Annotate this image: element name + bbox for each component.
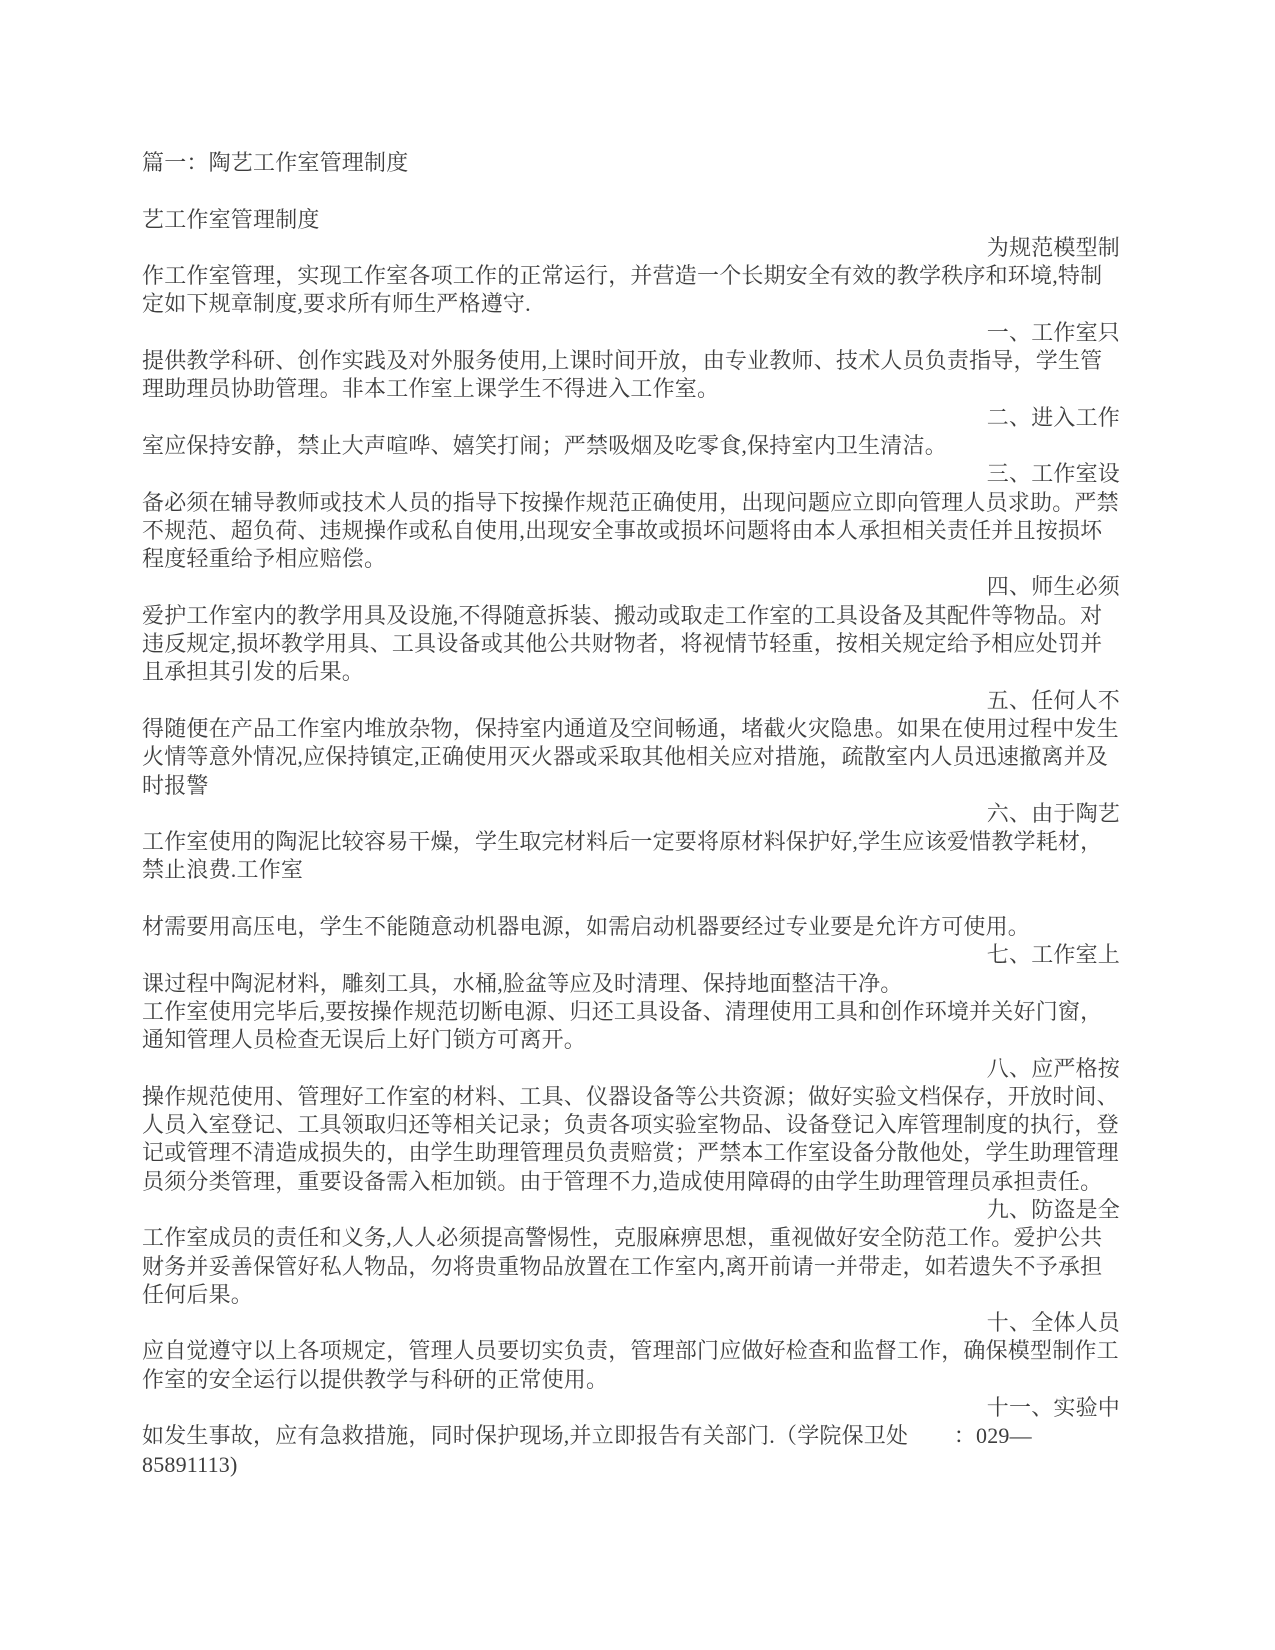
blank-line [142, 177, 1120, 205]
text-line: 85891113) [142, 1451, 1120, 1479]
text-line: 火情等意外情况,应保持镇定,正确使用灭火器或采取其他相关应对措施，疏散室内人员迅… [142, 743, 1120, 771]
text-line: 程度轻重给予相应赔偿。 [142, 545, 1120, 573]
text-line: 十一、实验中 [142, 1394, 1120, 1422]
text-line: 九、防盗是全 [142, 1196, 1120, 1224]
text-line: 五、任何人不 [142, 687, 1120, 715]
text-line: 工作室使用完毕后,要按操作规范切断电源、归还工具设备、清理使用工具和创作环境并关… [142, 998, 1120, 1026]
text-line: 禁止浪费.工作室 [142, 856, 1120, 884]
text-line: 操作规范使用、管理好工作室的材料、工具、仪器设备等公共资源；做好实验文档保存，开… [142, 1083, 1120, 1111]
text-line: 一、工作室只 [142, 319, 1120, 347]
text-line: 室应保持安静，禁止大声喧哗、嬉笑打闹；严禁吸烟及吃零食,保持室内卫生清洁。 [142, 432, 1120, 460]
text-line: 工作室使用的陶泥比较容易干燥，学生取完材料后一定要将原材料保护好,学生应该爱惜教… [142, 828, 1120, 856]
text-line: 工作室成员的责任和义务,人人必须提高警惕性，克服麻痹思想，重视做好安全防范工作。… [142, 1224, 1120, 1252]
text-line: 人员入室登记、工具领取归还等相关记录；负责各项实验室物品、设备登记入库管理制度的… [142, 1111, 1120, 1139]
text-line: 作工作室管理，实现工作室各项工作的正常运行，并营造一个长期安全有效的教学秩序和环… [142, 262, 1120, 290]
text-line: 四、师生必须 [142, 573, 1120, 601]
text-line: 材需要用高压电，学生不能随意动机器电源，如需启动机器要经过专业要是允许方可使用。 [142, 913, 1120, 941]
text-line: 应自觉遵守以上各项规定，管理人员要切实负责，管理部门应做好检查和监督工作，确保模… [142, 1337, 1120, 1365]
text-line: 通知管理人员检查无误后上好门锁方可离开。 [142, 1026, 1120, 1054]
text-line: 违反规定,损坏教学用具、工具设备或其他公共财物者，将视情节轻重，按相关规定给予相… [142, 630, 1120, 658]
text-line: 记或管理不清造成损失的，由学生助理管理员负责赔赏；严禁本工作室设备分散他处，学生… [142, 1139, 1120, 1167]
text-line: 得随便在产品工作室内堆放杂物，保持室内通道及空间畅通，堵截火灾隐患。如果在使用过… [142, 715, 1120, 743]
document-text-column: 篇一：陶艺工作室管理制度艺工作室管理制度为规范模型制作工作室管理，实现工作室各项… [142, 149, 1120, 1479]
text-line: 七、工作室上 [142, 941, 1120, 969]
text-line: 十、全体人员 [142, 1309, 1120, 1337]
text-line: 六、由于陶艺 [142, 800, 1120, 828]
text-line: 为规范模型制 [142, 234, 1120, 262]
text-line: 不规范、超负荷、违规操作或私自使用,出现安全事故或损坏问题将由本人承担相关责任并… [142, 517, 1120, 545]
text-line: 篇一：陶艺工作室管理制度 [142, 149, 1120, 177]
text-line: 二、进入工作 [142, 404, 1120, 432]
text-line: 财务并妥善保管好私人物品，勿将贵重物品放置在工作室内,离开前请一并带走，如若遗失… [142, 1253, 1120, 1281]
text-line: 任何后果。 [142, 1281, 1120, 1309]
text-line: 如发生事故，应有急救措施，同时保护现场,并立即报告有关部门.（学院保卫处 ：02… [142, 1422, 1120, 1450]
text-line: 课过程中陶泥材料，雕刻工具，水桶,脸盆等应及时清理、保持地面整洁干净。 [142, 970, 1120, 998]
text-line: 定如下规章制度,要求所有师生严格遵守. [142, 290, 1120, 318]
text-line: 艺工作室管理制度 [142, 206, 1120, 234]
text-line: 提供教学科研、创作实践及对外服务使用,上课时间开放，由专业教师、技术人员负责指导… [142, 347, 1120, 375]
text-line: 三、工作室设 [142, 460, 1120, 488]
text-line: 备必须在辅导教师或技术人员的指导下按操作规范正确使用，出现问题应立即向管理人员求… [142, 489, 1120, 517]
text-line: 时报警 [142, 772, 1120, 800]
text-line: 八、应严格按 [142, 1055, 1120, 1083]
text-line: 理助理员协助管理。非本工作室上课学生不得进入工作室。 [142, 375, 1120, 403]
text-line: 爱护工作室内的教学用具及设施,不得随意拆装、搬动或取走工作室的工具设备及其配件等… [142, 602, 1120, 630]
text-line: 员须分类管理，重要设备需入柜加锁。由于管理不力,造成使用障碍的由学生助理管理员承… [142, 1168, 1120, 1196]
document-page: 篇一：陶艺工作室管理制度艺工作室管理制度为规范模型制作工作室管理，实现工作室各项… [0, 0, 1275, 1650]
text-line: 且承担其引发的后果。 [142, 658, 1120, 686]
blank-line [142, 885, 1120, 913]
text-line: 作室的安全运行以提供教学与科研的正常使用。 [142, 1366, 1120, 1394]
